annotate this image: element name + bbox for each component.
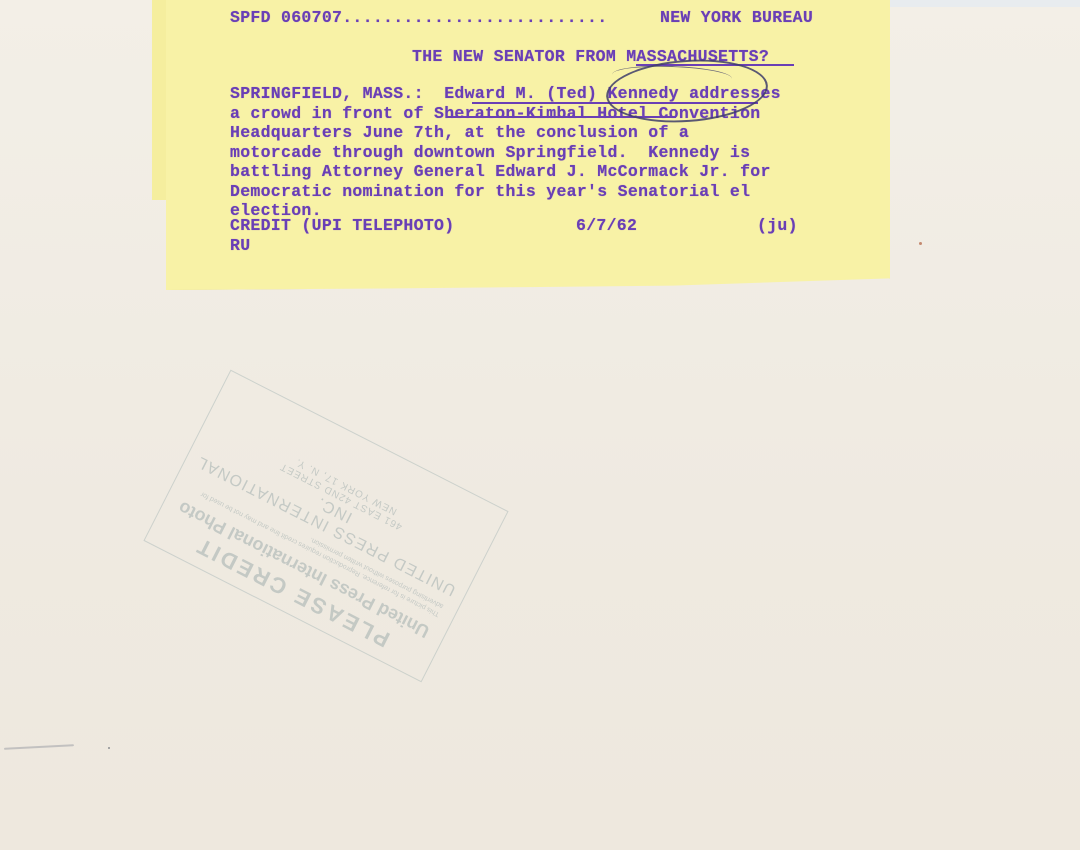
caption-line: motorcade through downtown Springfield. … [230,143,781,163]
operator-initials: (ju) [757,216,798,236]
caption-line: battling Attorney General Edward J. McCo… [230,162,781,182]
scan-edge [890,0,1080,7]
caption-line: Democratic nomination for this year's Se… [230,182,781,202]
desk-code: RU [230,236,250,256]
paper-speck [108,747,110,749]
slug-code: SPFD 060707 [230,8,342,27]
bureau-name: NEW YORK BUREAU [660,8,813,28]
credit-line: CREDIT (UPI TELEPHOTO) [230,216,454,236]
caption-line: Headquarters June 7th, at the conclusion… [230,123,781,143]
date-line: 6/7/62 [576,216,637,236]
slug-leader: .......................... [342,8,607,27]
paper-speck [919,242,922,245]
slug-line: SPFD 060707.......................... [230,8,607,28]
